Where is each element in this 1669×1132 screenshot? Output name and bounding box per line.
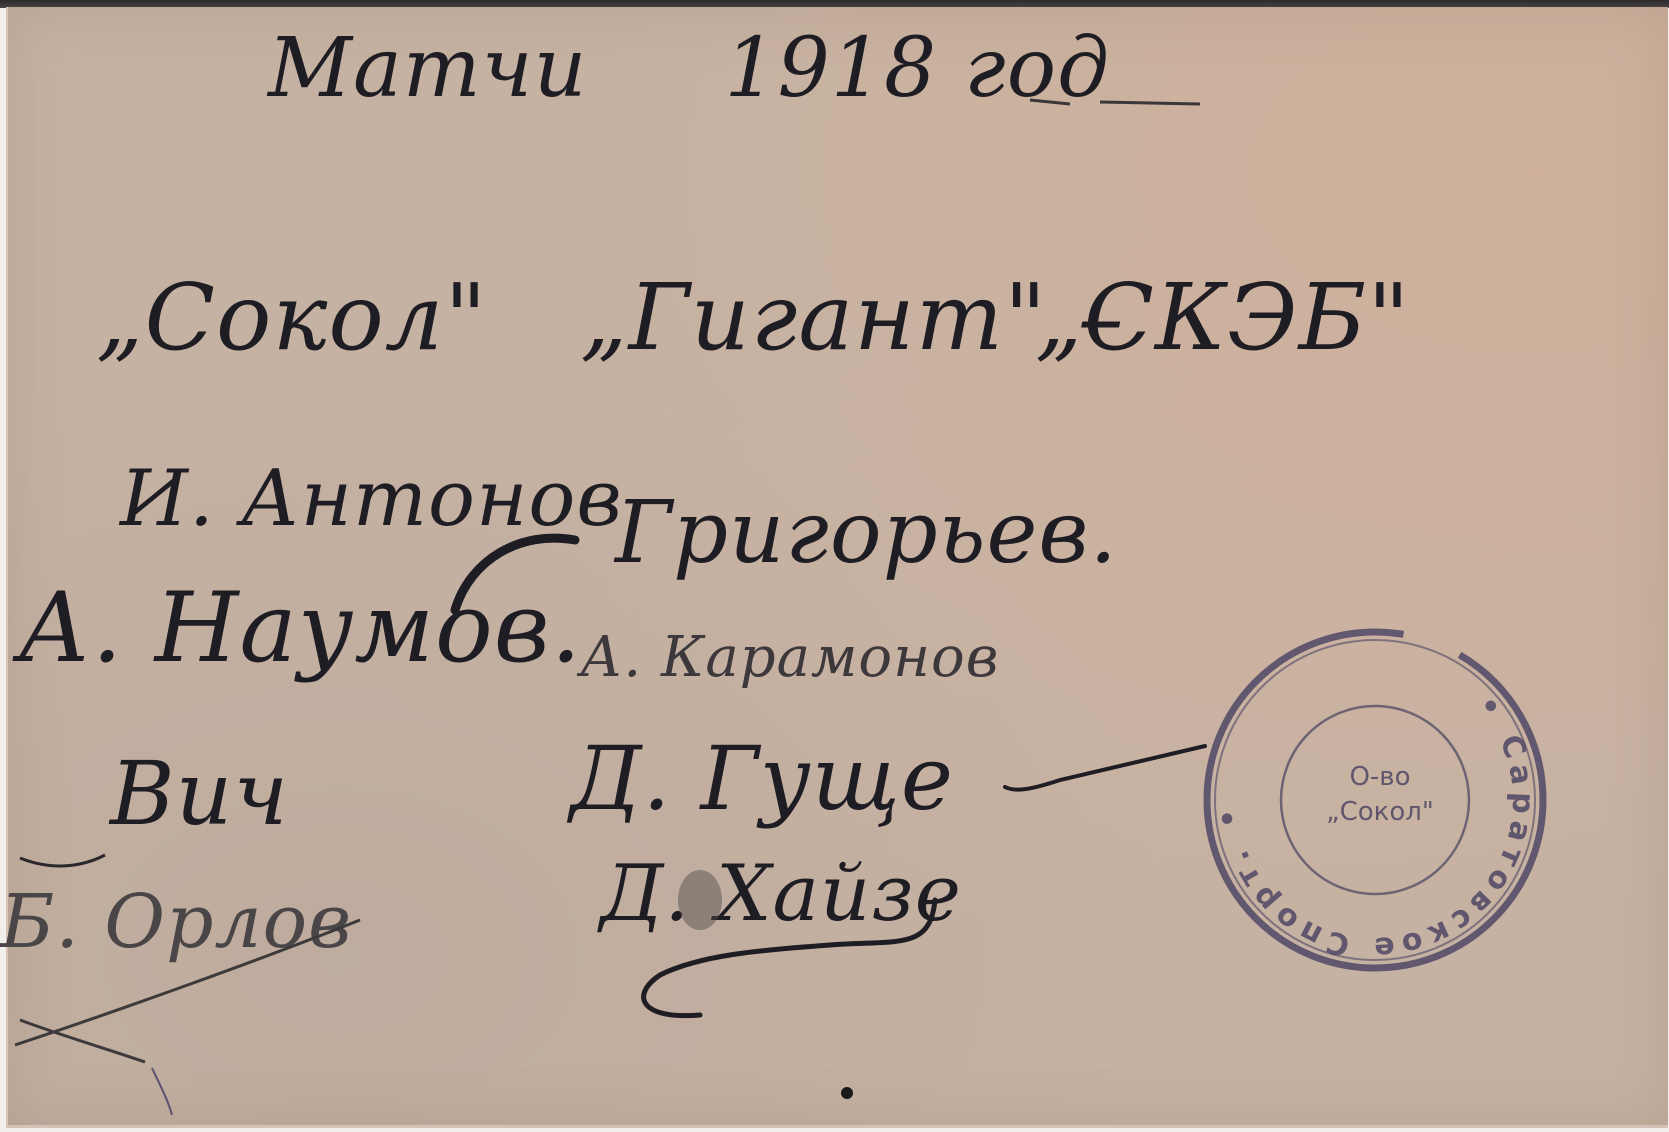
club-name-skeb: „СКЭБ" [1035, 272, 1411, 364]
club-name-sokol: „Сокол" [96, 272, 488, 364]
signature-gushche: Д. Гуще [570, 735, 954, 823]
signature-orlov: Б. Орлов [0, 885, 352, 959]
signature-naumov: А. Наумов. [18, 580, 582, 676]
signature-haize: Д. Хайзе [600, 855, 962, 933]
signature-grigoriev: Григорьев. [615, 490, 1118, 576]
header-word: Матчи [268, 21, 587, 116]
signature-vich: Вич [110, 750, 289, 838]
stamp-center-line-2: „Сокол" [1285, 795, 1475, 830]
signature-antonov: И. Антонов [120, 460, 623, 538]
header-line: Матчи 1918 год [268, 28, 1220, 110]
stamp-center-text: О-во „Сокол" [1285, 760, 1475, 830]
stamp-center-line-1: О-во [1285, 760, 1475, 795]
header-year: 1918 год [725, 21, 1111, 116]
signature-karamonov: А. Карамонов [580, 630, 999, 686]
